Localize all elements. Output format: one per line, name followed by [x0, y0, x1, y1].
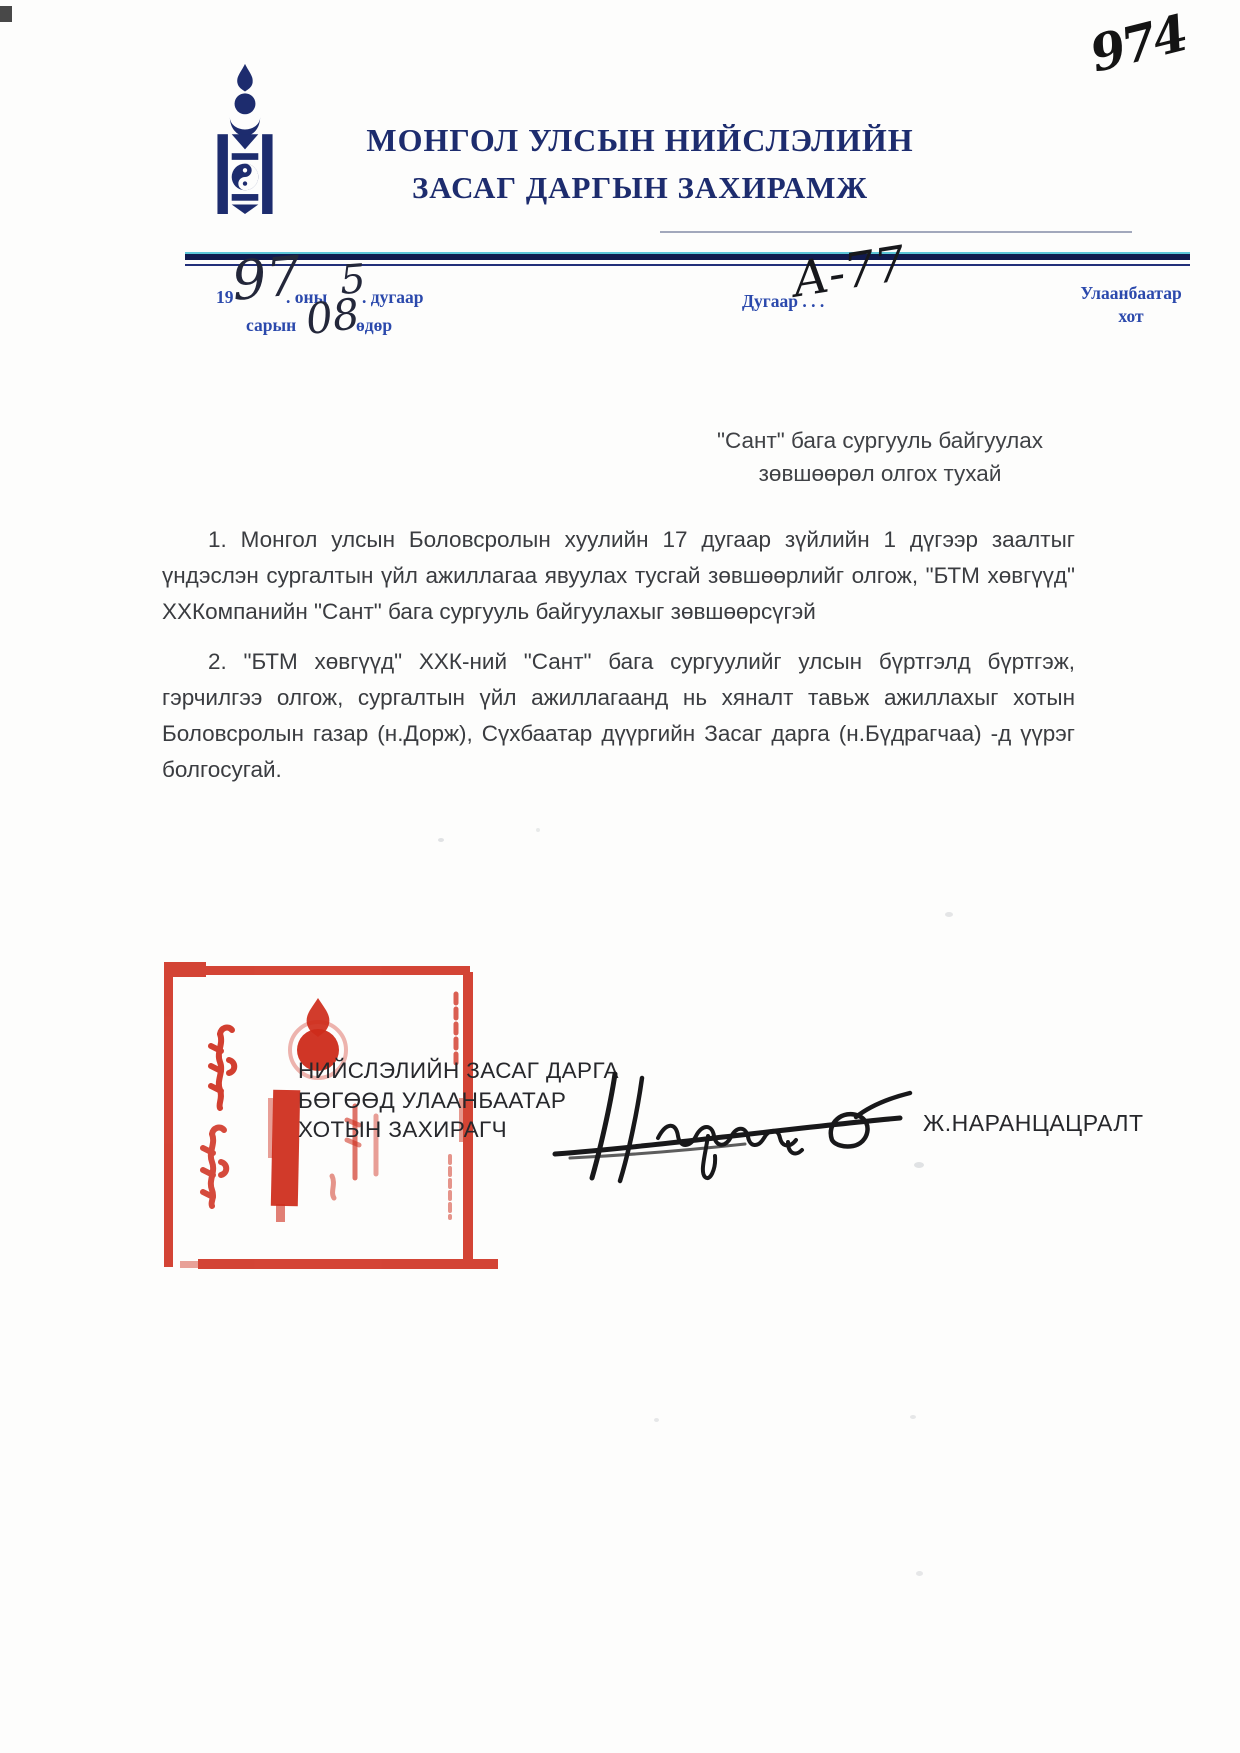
letterhead-title: МОНГОЛ УЛСЫН НИЙСЛЭЛИЙН ЗАСАГ ДАРГЫН ЗАХ… [320, 122, 960, 206]
document-number-handwritten: А-77 [789, 239, 909, 304]
date-printed-prefix: 19 [216, 287, 234, 308]
header-rule-faint [660, 231, 1132, 233]
city-line1: Улаанбаатар [1056, 282, 1206, 305]
letterhead-line2: ЗАСАГ ДАРГЫН ЗАХИРАМЖ [320, 170, 960, 206]
decree-paragraph-1: 1. Монгол улсын Боловсролын хуулийн 17 д… [162, 522, 1075, 630]
scan-speck [654, 1418, 659, 1422]
scan-speck [438, 838, 444, 842]
city-label: Улаанбаатар хот [1056, 282, 1206, 328]
decree-paragraph-2: 2. "БТМ хөвгүүд" ХХК-ний "Сант" бага сур… [162, 644, 1075, 788]
signatory-name: Ж.НАРАНЦАЦРАЛТ [923, 1110, 1144, 1137]
scan-speck [910, 1415, 916, 1419]
decree-title: "Сант" бага сургууль байгуулах зөвшөөрөл… [640, 424, 1120, 490]
letterhead-line1: МОНГОЛ УЛСЫН НИЙСЛЭЛИЙН [320, 122, 960, 159]
header-rule [185, 252, 1190, 266]
date-printed-oder: өдөр [356, 315, 392, 336]
date-printed-dugaar: . дугаар [362, 287, 424, 308]
signature-scrawl [540, 1062, 920, 1187]
scan-speck [916, 1571, 923, 1576]
decree-title-line1: "Сант" бага сургууль байгуулах [640, 424, 1120, 457]
decree-title-line2: зөвшөөрөл олгох тухай [640, 457, 1120, 490]
page-number-handwritten: 974 [1084, 3, 1191, 83]
date-day-handwritten: 08 [304, 293, 362, 341]
scan-speck [945, 912, 953, 917]
scan-edge-artifact [0, 6, 12, 22]
scan-speck [536, 828, 540, 832]
date-printed-saryn: сарын [246, 315, 296, 336]
header-rule-thick [185, 254, 1190, 260]
city-line2: хот [1056, 305, 1206, 328]
header-rule-thin [185, 264, 1190, 266]
scanned-decree-page: 974 МОНГОЛ УЛСЫН НИЙСЛЭЛИЙН ЗАСАГ ДАРГЫН… [0, 0, 1240, 1753]
soyombo-emblem-icon [205, 62, 285, 214]
